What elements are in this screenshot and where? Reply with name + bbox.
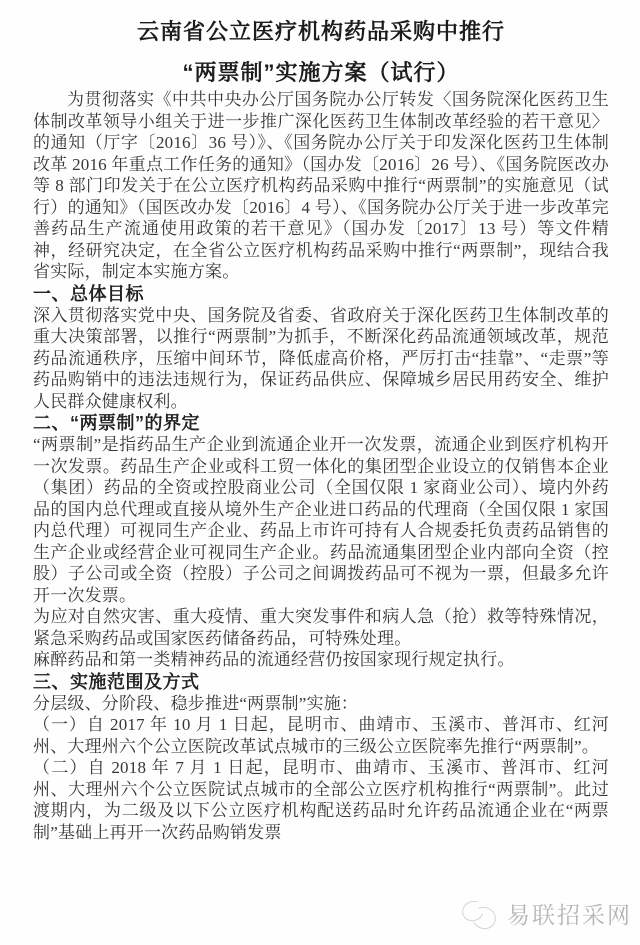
watermark-text: 易联招采网 (507, 897, 632, 930)
section1-paragraph: 深入贯彻落实党中央、国务院及省委、省政府关于深化医药卫生体制改革的重大决策部署，… (33, 305, 609, 413)
doc-title-line2: “两票制”实施方案（试行） (33, 57, 609, 89)
section3-paragraph-lead: 分层级、分阶段、稳步推进“两票制”实施： (33, 693, 609, 715)
watermark: 易联招采网 (460, 897, 632, 930)
section2-paragraph-definition: “两票制”是指药品生产企业到流通企业开一次发票，流通企业到医疗机构开一次发票。药… (33, 434, 609, 606)
section3-heading: 三、实施范围及方式 (33, 671, 609, 693)
document-page: 云南省公立医疗机构药品采购中推行 “两票制”实施方案（试行） 为贯彻落实《中共中… (0, 0, 640, 945)
section2-paragraph-emergency: 为应对自然灾害、重大疫情、重大突发事件和病人急（抢）救等特殊情况，紧急采购药品或… (33, 606, 609, 649)
section1-heading: 一、总体目标 (33, 283, 609, 305)
section2-paragraph-narcotics: 麻醉药品和第一类精神药品的流通经营仍按国家现行规定执行。 (33, 649, 609, 671)
watermark-logo-icon (460, 899, 502, 929)
doc-title-line1: 云南省公立医疗机构药品采购中推行 (33, 16, 609, 48)
paragraph-intro: 为贯彻落实《中共中央办公厅国务院办公厅转发〈国务院深化医药卫生体制改革领导小组关… (33, 89, 609, 283)
section2-heading: 二、“两票制”的界定 (33, 412, 609, 434)
section3-paragraph-item1: （一）自 2017 年 10 月 1 日起，昆明市、曲靖市、玉溪市、普洱市、红河… (33, 714, 609, 757)
section3-paragraph-item2: （二）自 2018 年 7 月 1 日起，昆明市、曲靖市、玉溪市、普洱市、红河州… (33, 757, 609, 843)
